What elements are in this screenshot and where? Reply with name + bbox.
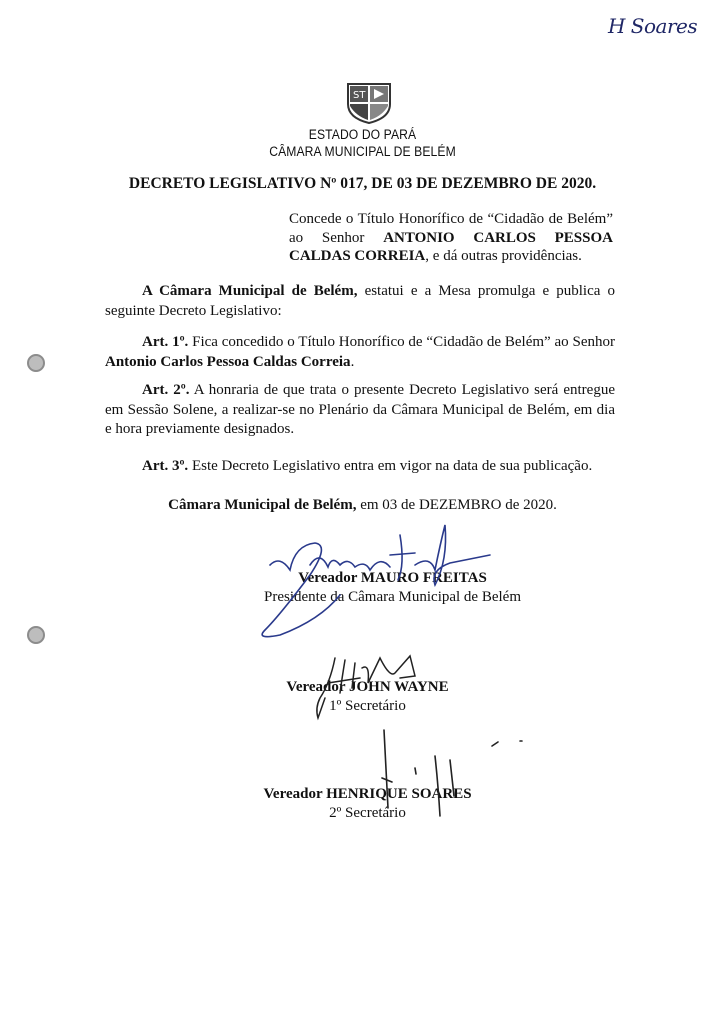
handwritten-annotation: H Soares [608, 14, 697, 38]
state-name: ESTADO DO PARÁ [36, 127, 689, 142]
signature-block-first-secretary: Vereador JOHN WAYNE 1º Secretário [5, 678, 725, 716]
signatory-name: Vereador MAURO FREITAS [298, 570, 487, 586]
svg-text:ST: ST [353, 90, 366, 101]
signatory-name: Vereador HENRIQUE SOARES [263, 786, 471, 802]
punch-hole-top [27, 354, 45, 372]
article-3: Art. 3º. Este Decreto Legislativo entra … [105, 457, 615, 477]
signatory-name: Vereador JOHN WAYNE [286, 679, 448, 695]
punch-hole-bottom [27, 626, 45, 644]
decree-summary: Concede o Título Honorífico de “Cidadão … [289, 210, 613, 266]
preamble: A Câmara Municipal de Belém, estatui e a… [105, 282, 615, 321]
signature-block-second-secretary: Vereador HENRIQUE SOARES 2º Secretário [5, 785, 725, 823]
article-2: Art. 2º. A honraria de que trata o prese… [105, 381, 615, 440]
signature-block-president: Vereador MAURO FREITAS Presidente da Câm… [30, 569, 725, 607]
coat-of-arms-icon: ST [346, 82, 392, 124]
signatory-role: 1º Secretário [5, 697, 725, 716]
signatory-role: 2º Secretário [5, 804, 725, 823]
institution-name: CÂMARA MUNICIPAL DE BELÉM [36, 144, 689, 159]
signatory-role: Presidente da Câmara Municipal de Belém [30, 588, 725, 607]
article-1: Art. 1º. Fica concedido o Título Honoríf… [105, 333, 615, 372]
closing-place-date: Câmara Municipal de Belém, em 03 de DEZE… [0, 496, 725, 515]
decree-title: DECRETO LEGISLATIVO Nº 017, DE 03 DE DEZ… [0, 175, 725, 193]
